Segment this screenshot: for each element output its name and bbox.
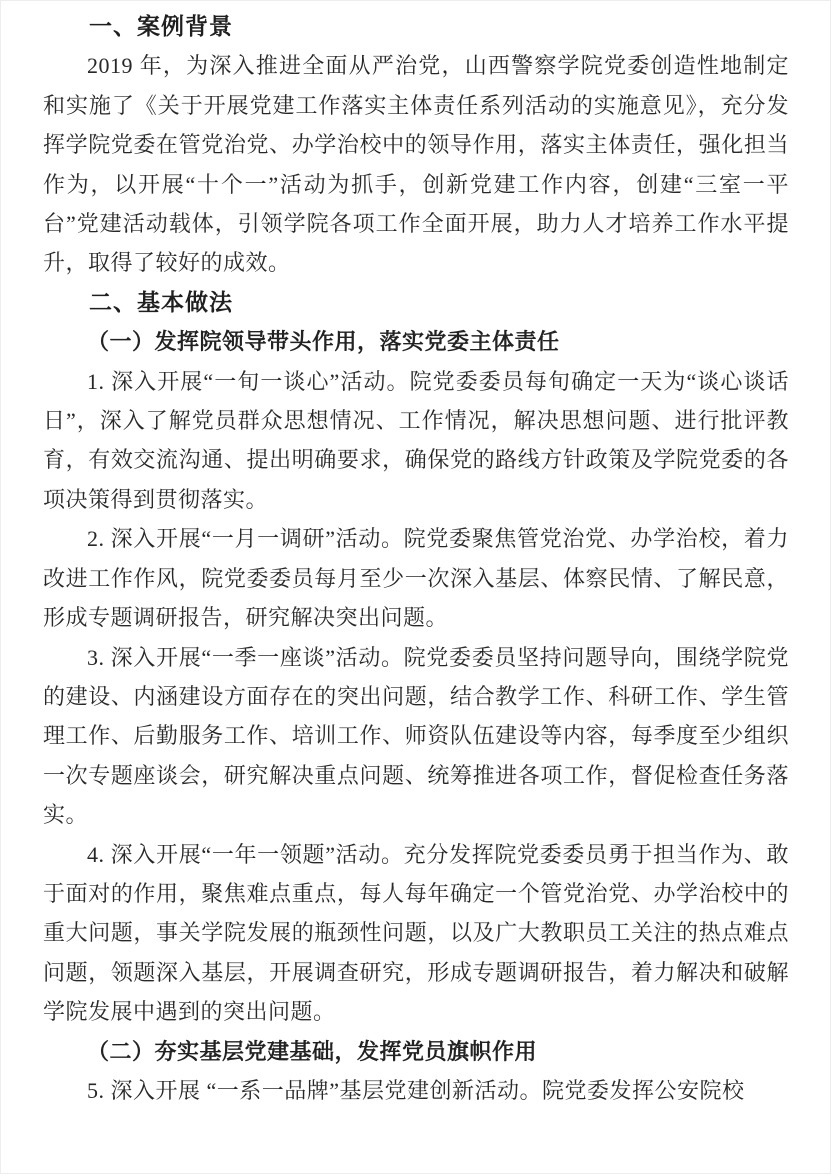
subsection-heading-grassroots-party-building: （二）夯实基层党建基础，发挥党员旗帜作用	[43, 1032, 789, 1071]
paragraph-item-5-brand-activity: 5. 深入开展 “一系一品牌”基层党建创新活动。院党委发挥公安院校	[43, 1071, 789, 1110]
paragraph-case-background: 2019 年，为深入推进全面从严治党，山西警察学院党委创造性地制定和实施了《关于…	[43, 46, 789, 282]
document-page: 一、案例背景 2019 年，为深入推进全面从严治党，山西警察学院党委创造性地制定…	[0, 0, 831, 1174]
section-heading-basic-practices: 二、基本做法	[43, 283, 789, 322]
paragraph-item-1-heart-talk: 1. 深入开展“一旬一谈心”活动。院党委委员每旬确定一天为“谈心谈话日”，深入了…	[43, 362, 789, 520]
subsection-heading-leadership-role: （一）发挥院领导带头作用，落实党委主体责任	[43, 322, 789, 361]
document-body: 一、案例背景 2019 年，为深入推进全面从严治党，山西警察学院党委创造性地制定…	[43, 7, 789, 1110]
paragraph-item-3-quarterly-forum: 3. 深入开展“一季一座谈”活动。院党委委员坚持问题导向，围绕学院党的建设、内涵…	[43, 638, 789, 835]
paragraph-item-4-yearly-topic: 4. 深入开展“一年一领题”活动。充分发挥院党委委员勇于担当作为、敢于面对的作用…	[43, 835, 789, 1032]
section-heading-case-background: 一、案例背景	[43, 7, 789, 46]
paragraph-item-2-monthly-research: 2. 深入开展“一月一调研”活动。院党委聚焦管党治党、办学治校，着力改进工作作风…	[43, 519, 789, 637]
